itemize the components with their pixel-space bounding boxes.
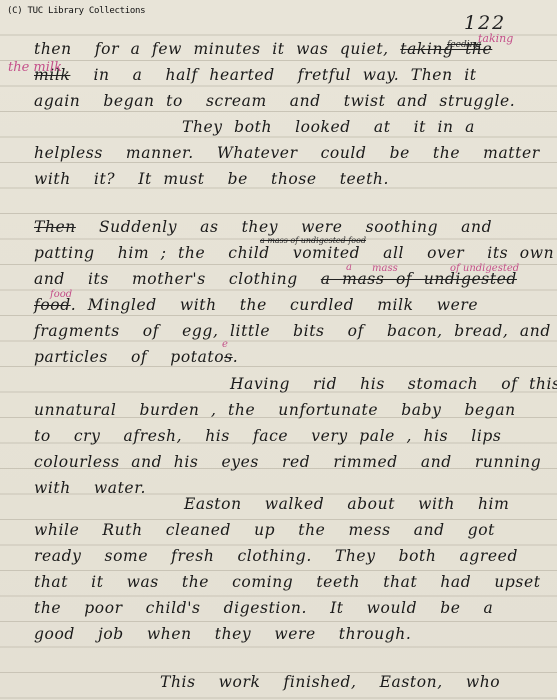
manuscript-line: Easton walked about with him bbox=[184, 495, 509, 513]
line-text: patting him ; the child vomited all over… bbox=[34, 244, 554, 262]
manuscript-line: to cry afresh, his face very pale , his … bbox=[34, 427, 501, 445]
manuscript-page: (C) TUC Library Collections 122 then for… bbox=[0, 0, 557, 700]
manuscript-line: patting him ; the child vomited all over… bbox=[34, 244, 554, 262]
manuscript-line: Then Suddenly as they were soothing and bbox=[34, 218, 492, 236]
copyright-watermark: (C) TUC Library Collections bbox=[7, 6, 145, 16]
line-text: with water. bbox=[34, 479, 146, 497]
pink-insertion: of undigested bbox=[450, 263, 519, 274]
pink-insertion: the milk bbox=[8, 60, 62, 75]
manuscript-line: ready some fresh clothing. They both agr… bbox=[34, 547, 518, 565]
manuscript-line: that it was the coming teeth that had up… bbox=[34, 573, 541, 591]
manuscript-line: colourless and his eyes red rimmed and r… bbox=[34, 453, 541, 471]
line-text: while Ruth cleaned up the mess and got bbox=[34, 521, 495, 539]
line-text: to cry afresh, his face very pale , his … bbox=[34, 427, 501, 445]
line-text: colourless and his eyes red rimmed and r… bbox=[34, 453, 541, 471]
manuscript-line: fragments of egg, little bits of bacon, … bbox=[34, 322, 551, 340]
line-text: in a half hearted fretful way. Then it bbox=[70, 66, 476, 84]
line-text: the poor child's digestion. It would be … bbox=[34, 599, 493, 617]
manuscript-line: good job when they were through. bbox=[34, 625, 411, 643]
line-text: with it? It must be those teeth. bbox=[34, 170, 389, 188]
manuscript-line: They both looked at it in a bbox=[182, 118, 475, 136]
line-text: ready some fresh clothing. They both agr… bbox=[34, 547, 518, 565]
line-text: . Mingled with the curdled milk were bbox=[71, 296, 478, 314]
manuscript-line: the poor child's digestion. It would be … bbox=[34, 599, 493, 617]
manuscript-line: again began to scream and twist and stru… bbox=[34, 92, 515, 110]
manuscript-line: and its mother's clothing a mass of undi… bbox=[34, 270, 517, 288]
pink-insertion: taking bbox=[478, 32, 513, 45]
pink-insertion: a bbox=[346, 262, 352, 273]
struck-annotation: a mass of undigested food bbox=[260, 236, 366, 245]
manuscript-line: then for a few minutes it was quiet, tak… bbox=[34, 40, 492, 58]
struck-annotation: feeding bbox=[447, 40, 481, 50]
manuscript-line: particles of potatos. bbox=[34, 348, 238, 366]
line-text: Easton walked about with him bbox=[184, 495, 509, 513]
line-text: This work finished, Easton, who bbox=[160, 673, 500, 691]
line-text: They both looked at it in a bbox=[182, 118, 475, 136]
line-text: then for a few minutes it was quiet, bbox=[34, 40, 400, 58]
line-text: again began to scream and twist and stru… bbox=[34, 92, 515, 110]
line-text: that it was the coming teeth that had up… bbox=[34, 573, 541, 591]
manuscript-line: This work finished, Easton, who bbox=[160, 673, 500, 691]
line-text: Having rid his stomach of this bbox=[230, 375, 557, 393]
line-text: and its mother's clothing bbox=[34, 270, 321, 288]
line-text: fragments of egg, little bits of bacon, … bbox=[34, 322, 551, 340]
line-text: unnatural burden , the unfortunate baby … bbox=[34, 401, 516, 419]
line-text: . bbox=[233, 348, 239, 366]
line-text: particles of potato bbox=[34, 348, 224, 366]
pink-insertion: mass bbox=[372, 263, 398, 274]
line-text: good job when they were through. bbox=[34, 625, 411, 643]
manuscript-line: unnatural burden , the unfortunate baby … bbox=[34, 401, 516, 419]
line-text: Suddenly as they were soothing and bbox=[76, 218, 492, 236]
manuscript-line: Having rid his stomach of this bbox=[230, 375, 557, 393]
pink-insertion: food bbox=[50, 289, 72, 300]
manuscript-line: with it? It must be those teeth. bbox=[34, 170, 389, 188]
manuscript-line: while Ruth cleaned up the mess and got bbox=[34, 521, 495, 539]
struck-text: s bbox=[224, 348, 233, 366]
manuscript-line: milk in a half hearted fretful way. Then… bbox=[34, 66, 477, 84]
struck-text: Then bbox=[34, 218, 76, 236]
manuscript-line: helpless manner. Whatever could be the m… bbox=[34, 144, 540, 162]
page-number: 122 bbox=[464, 12, 506, 34]
line-text: helpless manner. Whatever could be the m… bbox=[34, 144, 540, 162]
manuscript-line: food. Mingled with the curdled milk were bbox=[34, 296, 478, 314]
pink-insertion: e bbox=[222, 339, 228, 350]
manuscript-line: with water. bbox=[34, 479, 146, 497]
